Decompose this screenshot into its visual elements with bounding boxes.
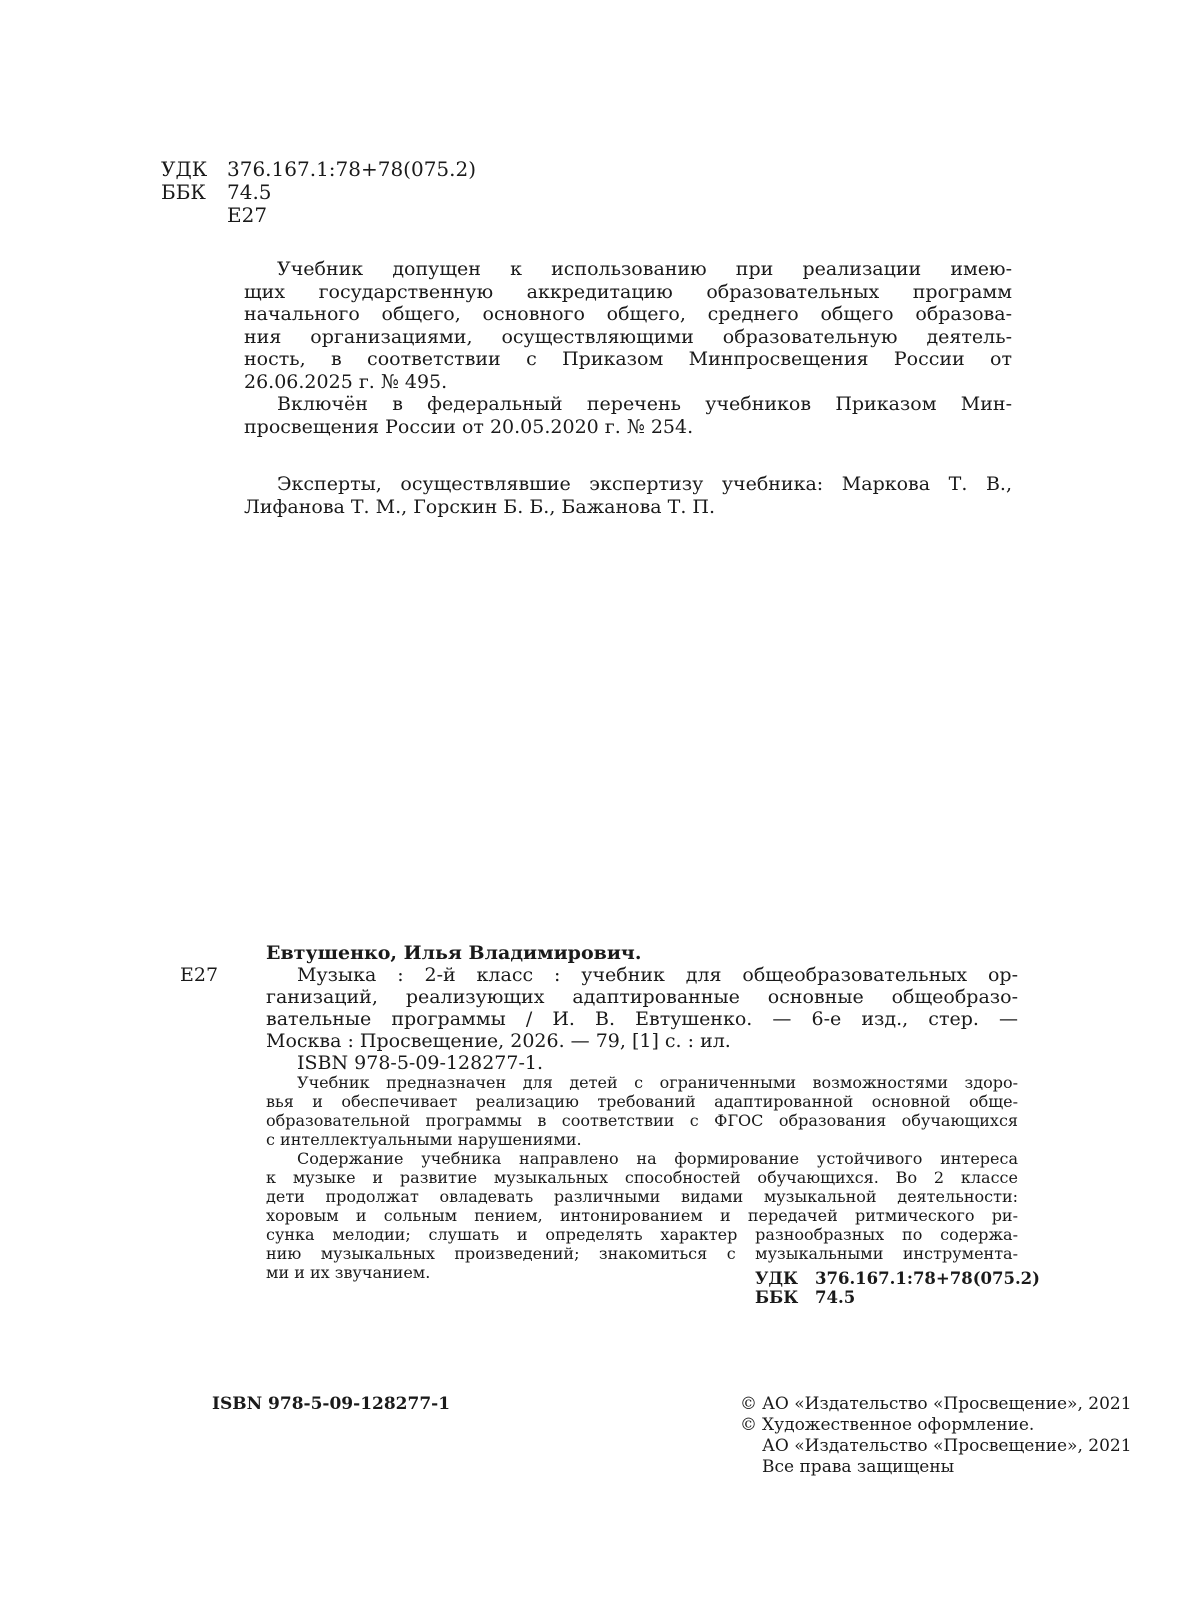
text-line: ганизаций, реализующих адаптированные ос… [266,986,1018,1008]
experts-statement: Эксперты, осуществлявшие экспертизу учеб… [244,473,1012,519]
udk-row: УДК 376.167.1:78+78(075.2) [161,158,476,181]
bbk-row: ББК 74.5 [161,181,476,204]
rights-reserved: Все права защищены [762,1457,954,1478]
text-line: образовательной программы в соответствии… [266,1111,1018,1130]
card-description: Музыка : 2-й класс : учебник для общеобр… [266,964,1018,1052]
classification-codes-bottom: УДК 376.167.1:78+78(075.2) ББК 74.5 [755,1269,1040,1307]
footer-isbn: ISBN 978-5-09-128277-1 [212,1394,450,1414]
bbk-value: 74.5 [815,1288,855,1307]
text-line: к музыке и развитие музыкальных способно… [266,1168,1018,1187]
text-line: Включён в федеральный перечень учебников… [244,393,1012,416]
text-line: щих государственную аккредитацию образов… [244,281,1012,304]
bbk-value: 74.5 [227,181,272,204]
udk-row: УДК 376.167.1:78+78(075.2) [755,1269,1040,1288]
text-line: ность, в соответствии с Приказом Минпрос… [244,348,1012,371]
bbk-row: ББК 74.5 [755,1288,1040,1307]
text-line: хоровым и сольным пением, интонированием… [266,1206,1018,1225]
bbk-label: ББК [755,1288,815,1307]
bbk-label: ББК [161,181,227,204]
text-line: Лифанова Т. М., Горскин Б. Б., Бажанова … [244,496,1012,519]
copyright-icon: © [740,1415,762,1436]
copyright-spacer [740,1436,762,1457]
text-line: дети продолжат овладевать различными вид… [266,1187,1018,1206]
imprint-page: УДК 376.167.1:78+78(075.2) ББК 74.5 Е27 … [0,0,1200,1604]
text-line: вательные программы / И. В. Евтушенко. —… [266,1008,1018,1030]
copyright-row: © АО «Издательство «Просвещение», 2021 [740,1394,1132,1415]
copyright-row: © Художественное оформление. [740,1415,1132,1436]
text-line: Эксперты, осуществлявшие экспертизу учеб… [244,473,1012,496]
text-line: просвещения России от 20.05.2020 г. № 25… [244,416,1012,439]
copyright-row: АО «Издательство «Просвещение», 2021 [740,1436,1132,1457]
text-line: Учебник допущен к использованию при реал… [244,258,1012,281]
udk-label: УДК [161,158,227,181]
approval-statement: Учебник допущен к использованию при реал… [244,258,1012,438]
text-line: ния организациями, осуществляющими образ… [244,326,1012,349]
copyright-icon: © [740,1394,762,1415]
text-line: Учебник предназначен для детей с огранич… [266,1073,1018,1092]
text-line: нию музыкальных произведений; знакомитьс… [266,1244,1018,1263]
copyright-text: АО «Издательство «Просвещение», 2021 [762,1394,1132,1415]
author-mark: Е27 [161,204,476,227]
copyright-spacer [740,1457,762,1478]
text-line: Москва : Просвещение, 2026. — 79, [1] с.… [266,1030,1018,1052]
classification-codes-top: УДК 376.167.1:78+78(075.2) ББК 74.5 Е27 [161,158,476,227]
text-line: с интеллектуальными нарушениями. [266,1130,1018,1149]
copyright-row: Все права защищены [740,1457,1132,1478]
text-line: сунка мелодии; слушать и определять хара… [266,1225,1018,1244]
text-line: Содержание учебника направлено на формир… [266,1149,1018,1168]
copyright-text: АО «Издательство «Просвещение», 2021 [762,1436,1132,1457]
text-line: Музыка : 2-й класс : учебник для общеобр… [266,964,1018,986]
card-author-mark: Е27 [180,964,218,986]
copyright-text: Художественное оформление. [762,1415,1034,1436]
text-line: начального общего, основного общего, сре… [244,303,1012,326]
annotation: Учебник предназначен для детей с огранич… [266,1073,1018,1282]
text-line: вья и обеспечивает реализацию требований… [266,1092,1018,1111]
udk-value: 376.167.1:78+78(075.2) [815,1269,1040,1288]
card-isbn: ISBN 978-5-09-128277-1. [297,1052,543,1074]
udk-label: УДК [755,1269,815,1288]
text-line: 26.06.2025 г. № 495. [244,371,1012,394]
copyright-notice: © АО «Издательство «Просвещение», 2021 ©… [740,1394,1132,1478]
udk-value: 376.167.1:78+78(075.2) [227,158,476,181]
card-author: Евтушенко, Илья Владимирович. [266,942,641,964]
